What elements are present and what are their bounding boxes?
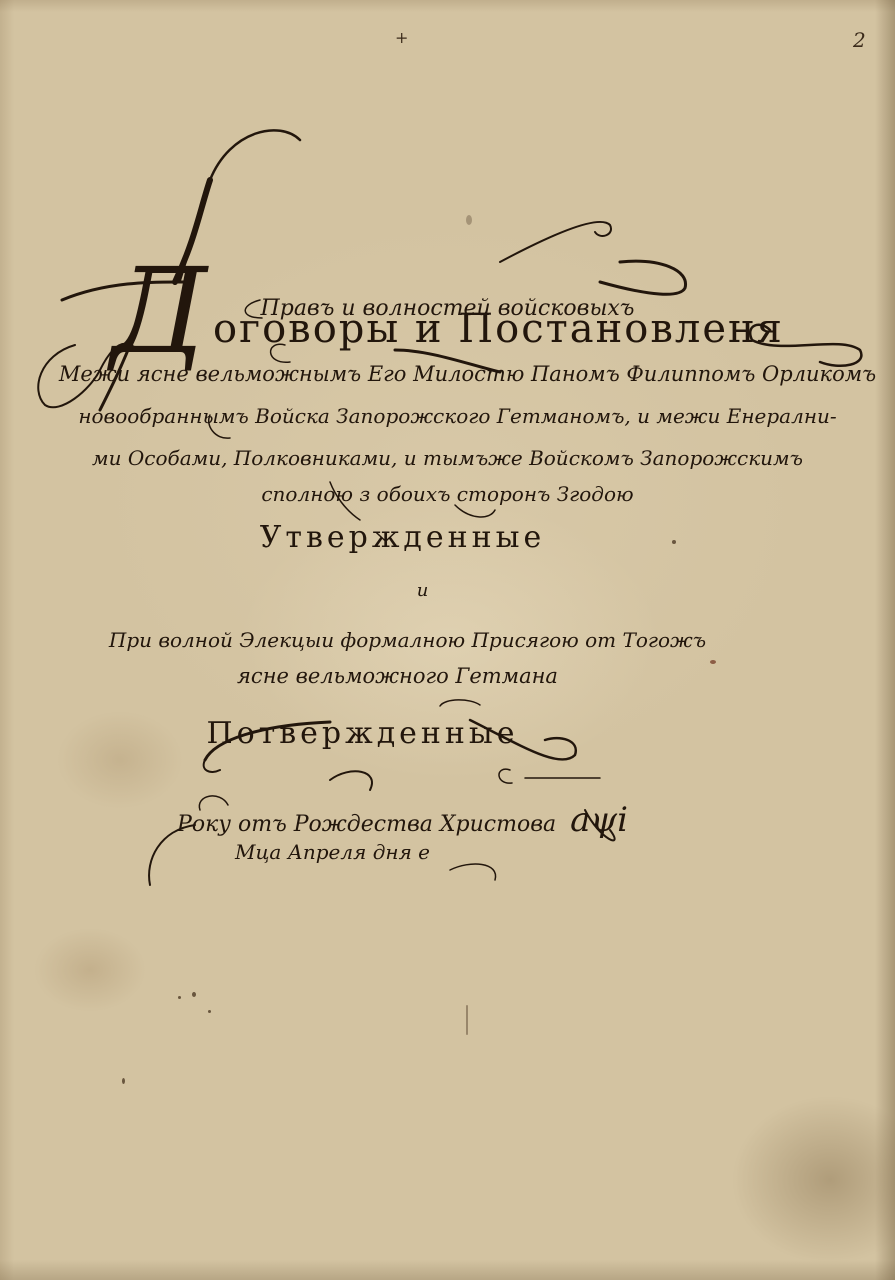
ink-spot (192, 992, 196, 997)
manuscript-page: + 2 Договоры и Постановленя Правъ и волн… (0, 0, 895, 1280)
ink-spot (208, 1010, 211, 1013)
text-line-6: ясне вельможного Гетмана (0, 664, 895, 688)
conjunction: и (0, 580, 895, 601)
text-line-1: Межи ясне вельможнымъ Его Милостю Паномъ… (0, 362, 895, 386)
text-line-3: ми Особами, Полковниками, и тымъже Войск… (0, 446, 895, 470)
ink-spot (466, 215, 472, 225)
text-line-2: новообраннымъ Войска Запорожского Гетман… (0, 404, 895, 428)
heading-potverzhdennye: Потвержденные (0, 716, 895, 751)
ink-spot (466, 1005, 468, 1035)
date-line-1: Року отъ Рождества Христовааψі (0, 800, 895, 840)
ink-spot (710, 660, 716, 664)
text-line-4: сполною з обоихъ сторонъ Згодою (0, 482, 895, 506)
ink-spot (672, 540, 676, 544)
date-text: Року отъ Рождества Христова (177, 812, 556, 837)
ink-spot (122, 1078, 125, 1084)
ink-spot (178, 996, 181, 999)
folio-number: 2 (853, 28, 866, 52)
text-line-5: При волной Элекцыи формалною Присягою от… (0, 628, 895, 652)
heading-utverzhdennye: Утвержденные (0, 520, 895, 555)
date-year: аψі (570, 800, 628, 840)
date-line-2: Мца Апреля дня е (0, 840, 895, 864)
document-subtitle: Правъ и волностей войсковыхъ (0, 296, 895, 321)
folio-mark-top-center: + (395, 28, 408, 47)
